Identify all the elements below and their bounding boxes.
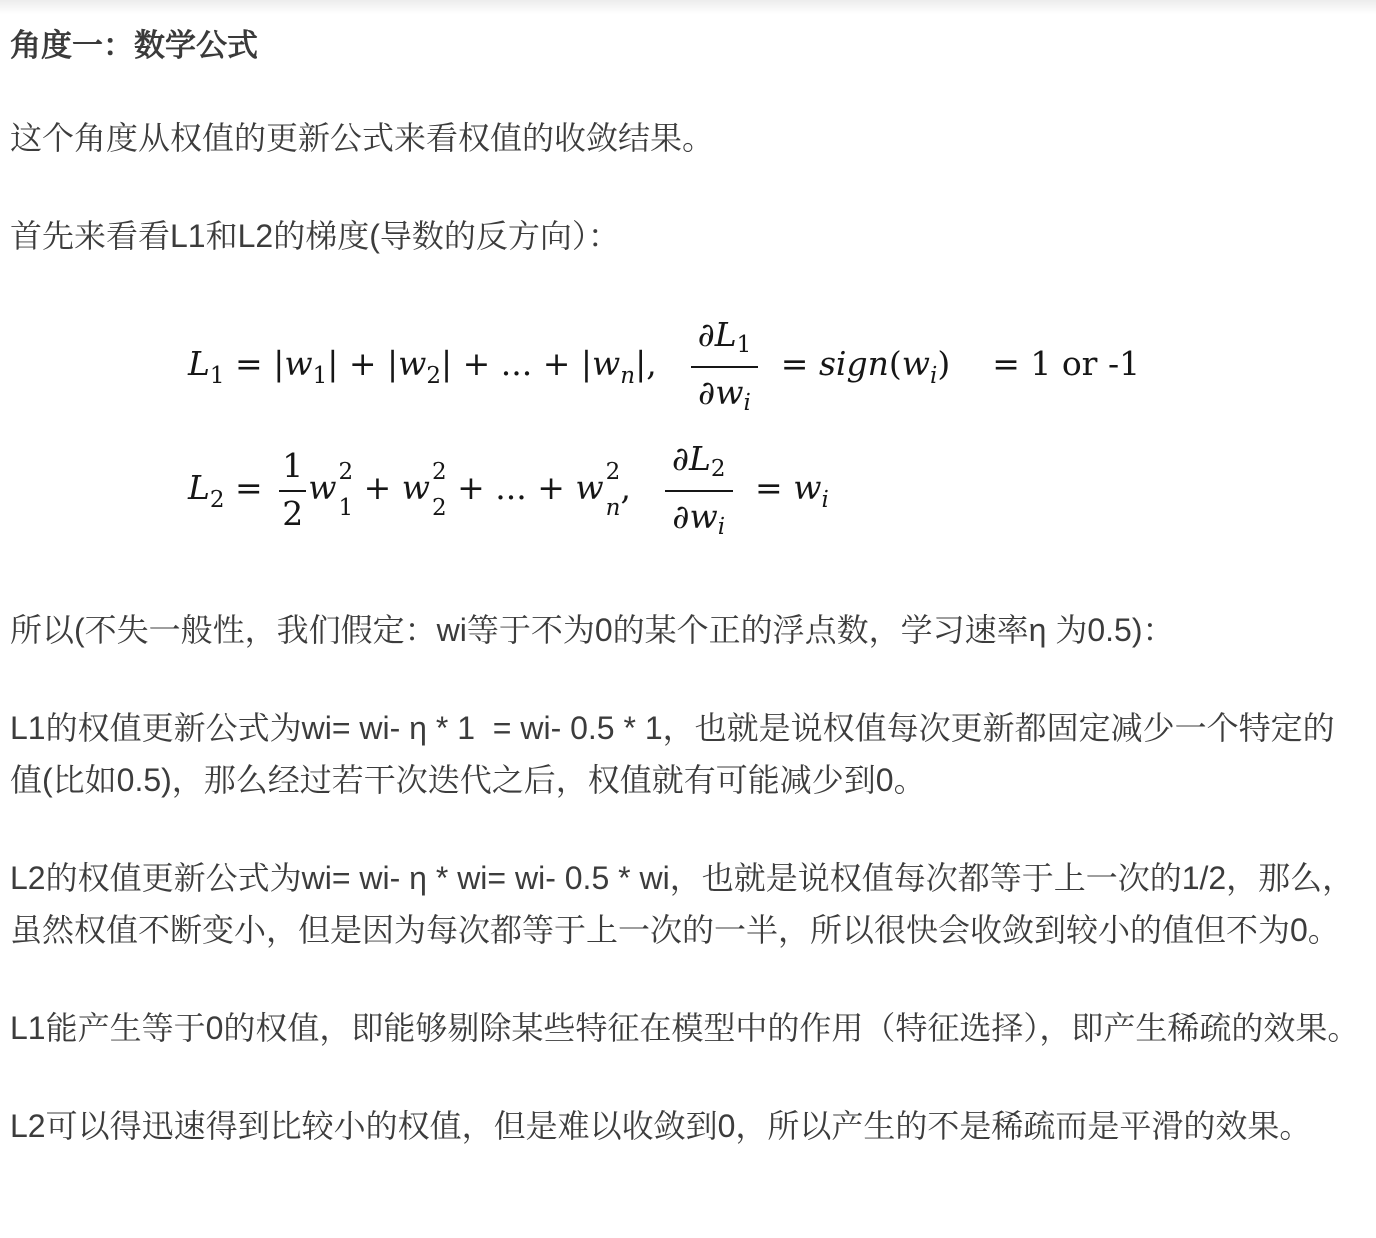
paragraph-update-convergence: 这个角度从权值的更新公式来看权值的收敛结果。 [10, 112, 1364, 164]
formula-line-l1: L1 = |w1| + |w2| + ... + |wn|,∂L1∂wi = s… [188, 308, 1364, 432]
article-body: 角度一：数学公式 这个角度从权值的更新公式来看权值的收敛结果。 首先来看看L1和… [0, 26, 1376, 1238]
formula-figure: L1 = |w1| + |w2| + ... + |wn|,∂L1∂wi = s… [188, 308, 1364, 556]
paragraph-l2-update-rule: L2的权值更新公式为wi= wi- η * wi= wi- 0.5 * wi，也… [10, 852, 1364, 956]
paragraph-assumption: 所以(不失一般性，我们假定：wi等于不为0的某个正的浮点数，学习速率η 为0.5… [10, 604, 1364, 656]
paragraph-l2-smoothness: L2可以得迅速得到比较小的权值，但是难以收敛到0，所以产生的不是稀疏而是平滑的效… [10, 1100, 1364, 1152]
formula-line-l2: L2 = 12w21 + w22 + ... + w2n,∂L2∂wi = wi [188, 432, 1364, 556]
top-shadow-fade [0, 0, 1376, 14]
paragraph-l1-update-rule: L1的权值更新公式为wi= wi- η * 1 = wi- 0.5 * 1，也就… [10, 702, 1364, 806]
page-title: 角度一：数学公式 [10, 26, 1364, 66]
paragraph-l1-sparsity: L1能产生等于0的权值，即能够剔除某些特征在模型中的作用（特征选择），即产生稀疏… [10, 1002, 1364, 1054]
paragraph-gradients-intro: 首先来看看L1和L2的梯度(导数的反方向）： [10, 210, 1364, 262]
